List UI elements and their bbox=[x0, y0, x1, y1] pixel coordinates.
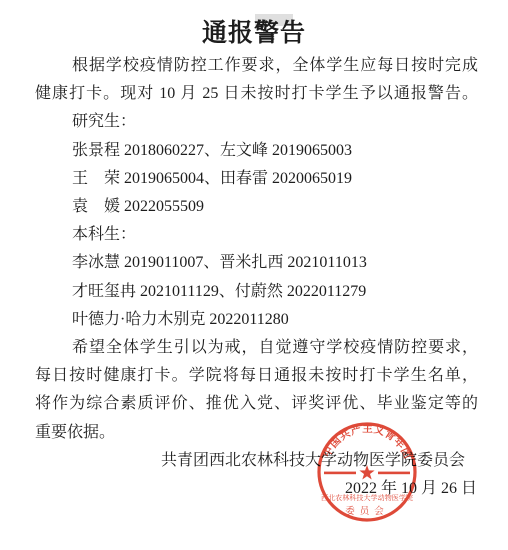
graduate-student-row: 袁 媛 2022055509 bbox=[35, 193, 478, 221]
graduate-student-row: 王 荣 2019065004、田春雷 2020065019 bbox=[35, 165, 478, 193]
seal-star-icon bbox=[359, 465, 374, 480]
svg-text:中国共产主义青年团: 中国共产主义青年团 bbox=[320, 422, 414, 461]
seal-flag-bar-right-icon bbox=[378, 472, 410, 475]
graduate-student-row: 张景程 2018060227、左文峰 2019065003 bbox=[35, 137, 478, 165]
seal-committee-text: 委员会 bbox=[345, 505, 389, 517]
graduate-section-label: 研究生： bbox=[35, 108, 478, 136]
notice-document: 通报警告 根据学校疫情防控工作要求，全体学生应每日按时完成 健康打卡。现对 10… bbox=[0, 0, 508, 550]
seal-org-text: 西北农林科技大学动物医学院 bbox=[321, 493, 413, 502]
official-seal: 中国共产主义青年团 西北农林科技大学动物医学院 委员会 bbox=[315, 420, 419, 524]
intro-paragraph-line: 根据学校疫情防控工作要求，全体学生应每日按时完成 bbox=[35, 52, 478, 80]
undergraduate-student-row: 叶德力·哈力木别克 2022011280 bbox=[35, 306, 478, 334]
undergraduate-student-row: 才旺玺冉 2021011129、付蔚然 2022011279 bbox=[35, 278, 478, 306]
closing-paragraph-line: 每日按时健康打卡。学院将每日通报未按时打卡学生名单， bbox=[35, 362, 478, 390]
undergraduate-section-label: 本科生： bbox=[35, 221, 478, 249]
closing-paragraph-line: 将作为综合素质评价、推优入党、评奖评优、毕业鉴定等的 bbox=[35, 390, 478, 418]
closing-paragraph-line: 希望全体学生引以为戒，自觉遵守学校疫情防控要求， bbox=[35, 334, 478, 362]
undergraduate-student-row: 李冰慧 2019011007、晋米扎西 2021011013 bbox=[35, 249, 478, 277]
seal-arc-text: 中国共产主义青年团 bbox=[320, 422, 414, 461]
seal-flag-bar-left-icon bbox=[324, 472, 356, 475]
intro-paragraph-line: 健康打卡。现对 10 月 25 日未按时打卡学生予以通报警告。 bbox=[35, 80, 478, 108]
page-title: 通报警告 bbox=[0, 13, 508, 49]
